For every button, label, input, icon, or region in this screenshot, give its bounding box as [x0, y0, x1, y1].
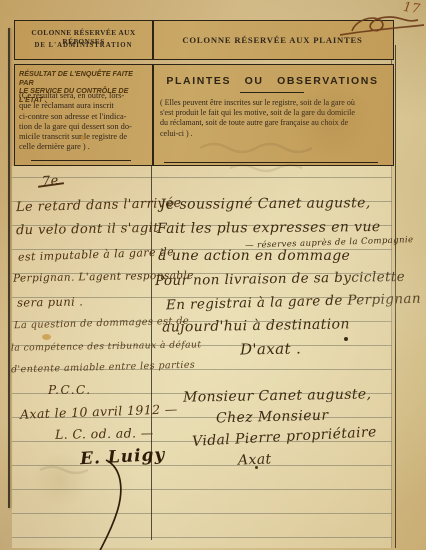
- admin-panel-bottom-rule: [31, 160, 131, 161]
- header-box: COLONNE RÉSERVÉE AUX RÉPONSES DE L'ADMIN…: [14, 20, 394, 60]
- stain-spot: [42, 334, 51, 340]
- hw-admin-line: sera puni .: [17, 294, 84, 309]
- hw-plainte-line: Monsieur Canet auguste,: [183, 386, 372, 405]
- plaintes-panel-note-line: ( Elles peuvent être inscrites sur le re…: [160, 98, 390, 108]
- hw-admin-line: L. C. od. ad. —: [55, 425, 154, 442]
- plaintes-panel-note-line: s'est produit le fait qui les motive, so…: [160, 108, 390, 118]
- plaintes-panel-heading: PLAINTES OU OBSERVATIONS: [152, 75, 393, 87]
- plaintes-panel-note-line: celui-ci ) .: [160, 129, 390, 139]
- plaintes-panel: PLAINTES OU OBSERVATIONS ( Elles peuvent…: [152, 65, 393, 165]
- hw-plainte-line: Fait les plus expresses en vue: [157, 219, 381, 237]
- admin-panel: RÉSULTAT DE L'ENQUÊTE FAITE PAR LE SERVI…: [15, 65, 152, 165]
- instructions-box: RÉSULTAT DE L'ENQUÊTE FAITE PAR LE SERVI…: [14, 64, 394, 166]
- page-number: 17: [402, 0, 421, 17]
- hw-admin-line: du velo dont il s'agit: [16, 221, 159, 238]
- plaintes-column-title: COLONNE RÉSERVÉE AUX PLAINTES: [152, 35, 393, 45]
- register-page: 17 COLONNE RÉSERVÉE AUX RÉPONSES DE L'AD…: [0, 0, 426, 550]
- hw-admin-line: 7e: [41, 173, 59, 189]
- admin-panel-note-line: tion de la gare qui dessert son do-: [19, 122, 151, 132]
- admin-panel-note-line: (Ce résultat sera, en outre, lors-: [19, 91, 151, 101]
- admin-panel-note-line: que le réclamant aura inscrit: [19, 101, 151, 111]
- plaintes-panel-note-line: du réclamant, soit de toute autre gare f…: [160, 118, 390, 128]
- hw-plainte-line: Chez Monsieur: [216, 408, 329, 427]
- plaintes-panel-bottom-rule: [164, 162, 378, 163]
- hw-plainte-line: à une action en dommage: [158, 248, 350, 264]
- admin-panel-heading-line1: RÉSULTAT DE L'ENQUÊTE FAITE PAR: [19, 70, 149, 87]
- stain-spot: [80, 135, 86, 140]
- binding-edge-line: [8, 28, 10, 508]
- plaintes-heading-underline: [240, 92, 304, 93]
- hw-admin-line: P.C.C.: [48, 383, 92, 397]
- hw-plainte-line: aujourd'hui à destination: [162, 316, 350, 335]
- admin-panel-note-line: celle dernière gare ) .: [19, 142, 151, 152]
- ink-spot: [344, 337, 348, 341]
- ink-spot: [255, 466, 258, 469]
- hw-plainte-line: Je soussigné Canet auguste,: [160, 195, 371, 213]
- admin-panel-note-line: ci-contre son adresse et l'indica-: [19, 112, 151, 122]
- hw-plainte-line: D'axat .: [240, 339, 302, 358]
- responses-column-title-line2: DE L'ADMINISTRATION: [15, 42, 152, 49]
